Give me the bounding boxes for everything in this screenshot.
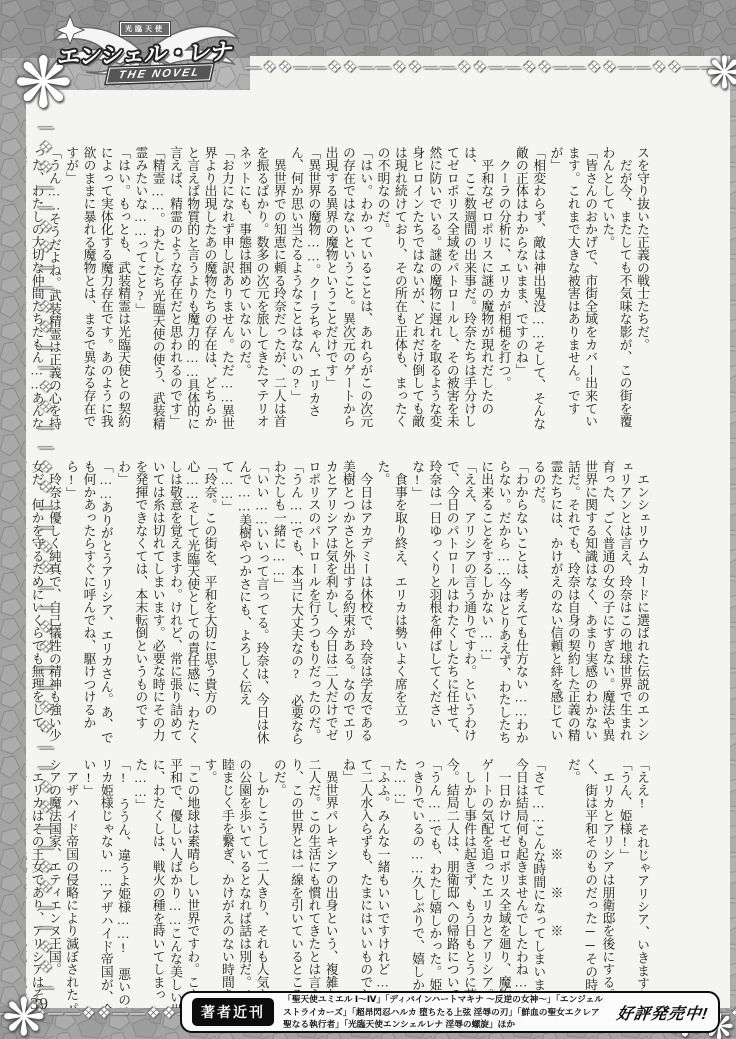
- novel-paragraph: 「お力になれず申し訳ありません。ただ……異世界より出現したあの魔物たちの存在は、…: [166, 146, 235, 432]
- novel-paragraph: 「わからないことは、考えても仕方ない……わからない。だから……今はとりあえず、わ…: [477, 460, 529, 746]
- snowflake-ornament-icon: ❋: [706, 52, 736, 96]
- on-sale-now-label: 好評発売中!: [615, 1001, 710, 1024]
- paper-page: スを守り抜いた正義の戦士たちだ。 だが今、またしても不気味な影が、この街を覆わん…: [26, 56, 730, 1008]
- novel-paragraph: 「いい……いいって言ってる。玲奈は、今日は休んで……美樹やつかさにも、よろしく伝…: [218, 460, 270, 746]
- novel-paragraph: エンシェリウムカードに選ばれた伝説のエンシェリアンとは言え、玲奈はこの地球世界で…: [529, 460, 650, 746]
- novel-paragraph: 「玲奈。この街を、平和を大切に思う貴方の心……そして光臨天使としての責任感に、わ…: [114, 460, 218, 746]
- logo-top-label: 光臨天使: [120, 22, 170, 36]
- novel-paragraph: だが今、またしても不気味な影が、この街を覆わんとしていた。: [598, 146, 633, 432]
- author-recent-works-label: 著者近刊: [192, 998, 274, 1026]
- novel-paragraph: 「! ううん、違うよ姫様……! 悪いのはエリカ姫様じゃない……アザハイド帝国が、…: [79, 758, 131, 1039]
- novel-paragraph: 「はい。もっとも、武装精霊は光臨天使との契約によって実体化する魔力存在です。あの…: [62, 146, 131, 432]
- novel-paragraph: 異世界での知恵に頼る玲奈だったが、二人は首を振るばかり。数多の次元を旅してきたマ…: [235, 146, 287, 432]
- novel-page: { "logo": { "top_label": "光臨天使", "title"…: [0, 0, 736, 1039]
- text-band-2: エンシェリウムカードに選ばれた伝説のエンシェリアンとは言え、玲奈はこの地球世界で…: [62, 460, 650, 746]
- novel-paragraph: 平和なゼロポリスに謎の魔物が現れだしたのは、ここ数週間の出来事だ。玲奈たちは手分…: [373, 146, 494, 432]
- novel-paragraph: 「ええ、アリシアの言う通りですわ。というわけで、今日のパトロールはわたくしたちに…: [408, 460, 477, 746]
- novel-paragraph: 「異世界の魔物……。クーラちゃん、エリカさん、何か思い当たるようなことはないの?…: [287, 146, 322, 432]
- novel-paragraph: 「相変わらず、敵は神出鬼没……そして、そんな敵の正体はわからないまま、ですのね」: [512, 146, 547, 432]
- text-band-1: スを守り抜いた正義の戦士たちだ。 だが今、またしても不気味な影が、この街を覆わん…: [62, 146, 650, 432]
- works-list: 「聖天使ユミエル Ⅰ〜Ⅳ」「ディバインハートマキナ 〜反逆の女神〜」「エンジェル…: [283, 993, 608, 1031]
- ornament-chain-top: ―❖❖――❖❖――❖❖――❖❖――❖❖――❖❖――❖❖――❖❖――❖❖――❖❖―: [246, 58, 728, 80]
- series-logo: 光臨天使 エンシェル・レナ ・・・・・・・・・・・・・・・ THE NOVEL: [42, 6, 248, 88]
- footer-publications-bar: 著者近刊 「聖天使ユミエル Ⅰ〜Ⅳ」「ディバインハートマキナ 〜反逆の女神〜」「…: [180, 991, 720, 1033]
- novel-paragraph: 「精霊……。わたしたち光臨天使の使う、武装精霊みたいな……ってこと?」: [131, 146, 166, 432]
- novel-paragraph: スを守り抜いた正義の戦士たちだ。: [633, 146, 650, 432]
- novel-paragraph: 「うん……でも、本当に大丈夫なの? 必要ならわたしも一緒に……」: [269, 460, 304, 746]
- page-number: 39: [30, 994, 49, 1014]
- novel-paragraph: 今日はアカデミーは休校で、玲奈は学友である美樹とつかさと外出する約束がある。なの…: [304, 460, 373, 746]
- novel-paragraph: 食事を取り終え、エリカは勢いよく席を立った。: [373, 460, 408, 746]
- novel-paragraph: クーラの分析に、エリカが相槌を打つ。: [494, 146, 511, 432]
- novel-paragraph: 「はい。わかっていることは、あれらがこの次元の存在ではないということ。異次元のゲ…: [321, 146, 373, 432]
- novel-paragraph: 「皆さんのおかげで、市街全域をカバー出来ています。これまで大きな被害はありません…: [546, 146, 598, 432]
- ornament-chain-left: ―❖❖――❖❖――❖❖――❖❖――❖❖――❖❖――❖❖――❖❖――❖❖――❖❖―…: [29, 118, 55, 998]
- novel-paragraph: 「……ありがとうアリシア、エリカさん。あ、でも何かあったらすぐに呼んでね、駆けつ…: [62, 460, 114, 746]
